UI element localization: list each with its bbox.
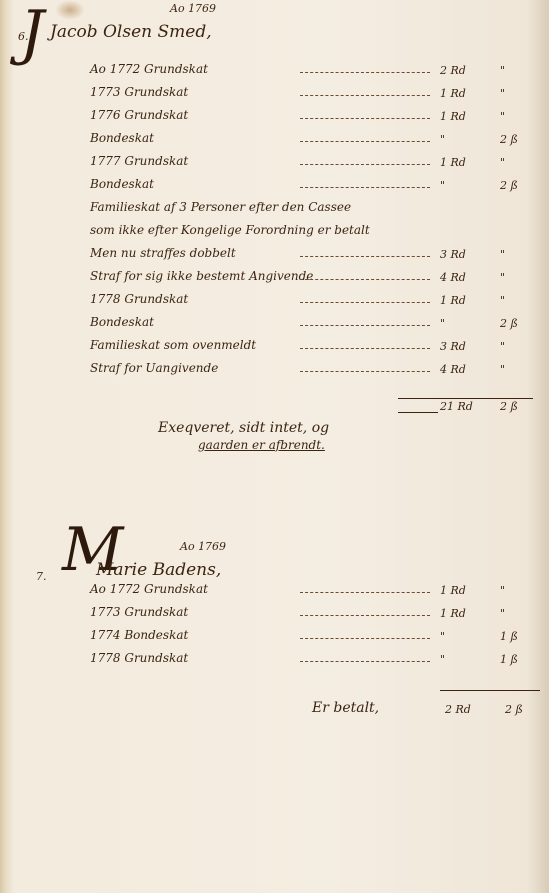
amount-rigsdaler: 2 Rd — [440, 64, 466, 77]
amount-rigsdaler: 1 Rd — [440, 110, 466, 123]
amount-skilling: " — [500, 584, 505, 597]
amount-skilling: " — [500, 607, 505, 620]
amount-rigsdaler: " — [440, 630, 445, 643]
amount-rigsdaler: 4 Rd — [440, 271, 466, 284]
leader-dashes — [300, 95, 430, 96]
amount-rigsdaler: " — [440, 317, 445, 330]
ledger-line-label: Ao 1772 Grundskat — [90, 62, 208, 76]
amount-skilling: " — [500, 340, 505, 353]
amount-skilling: " — [500, 271, 505, 284]
amount-skilling: " — [500, 110, 505, 123]
margin-mark: 7. — [36, 570, 47, 583]
entry-superscript: Ao 1769 — [180, 540, 226, 553]
amount-skilling: 2 ß — [500, 317, 518, 330]
ledger-line-label: 1777 Grundskat — [90, 154, 188, 168]
amount-rigsdaler: " — [440, 653, 445, 666]
amount-skilling: " — [500, 87, 505, 100]
amount-rigsdaler: 3 Rd — [440, 248, 466, 261]
amount-skilling: 1 ß — [500, 630, 518, 643]
initial-capital: J — [20, 0, 44, 68]
ledger-line-label: som ikke efter Kongelige Forordning er b… — [90, 223, 370, 237]
leader-dashes — [300, 302, 430, 303]
amount-skilling: 1 ß — [500, 653, 518, 666]
total-sk: 2 ß — [505, 703, 523, 716]
ledger-line-label: Familieskat af 3 Personer efter den Cass… — [90, 200, 351, 214]
total-label: Er betalt, — [312, 700, 379, 716]
ledger-line-label: 1773 Grundskat — [90, 605, 188, 619]
leader-dashes — [300, 118, 430, 119]
leader-dashes — [300, 141, 430, 142]
ledger-line-label: 1773 Grundskat — [90, 85, 188, 99]
amount-rigsdaler: 1 Rd — [440, 294, 466, 307]
ledger-line-label: 1774 Bondeskat — [90, 628, 188, 642]
entry-name: Jacob Olsen Smed, — [50, 22, 212, 42]
ledger-line-label: Straf for Uangivende — [90, 361, 218, 375]
ledger-line-label: Ao 1772 Grundskat — [90, 582, 208, 596]
amount-skilling: " — [500, 156, 505, 169]
sum-rule — [440, 690, 540, 691]
sum-rule — [398, 398, 533, 399]
amount-skilling: " — [500, 294, 505, 307]
leader-dashes — [300, 72, 430, 73]
total-rd: 2 Rd — [445, 703, 471, 716]
ledger-line-label: 1778 Grundskat — [90, 292, 188, 306]
amount-rigsdaler: 4 Rd — [440, 363, 466, 376]
amount-rigsdaler: 1 Rd — [440, 584, 466, 597]
leader-dashes — [300, 325, 430, 326]
ledger-line-label: Bondeskat — [90, 131, 154, 145]
ledger-line-label: Men nu straffes dobbelt — [90, 246, 236, 260]
leader-dashes — [300, 256, 430, 257]
amount-rigsdaler: " — [440, 179, 445, 192]
ledger-line-label: 1778 Grundskat — [90, 651, 188, 665]
leader-dashes — [300, 592, 430, 593]
entry-name: Marie Badens, — [96, 560, 221, 580]
ledger-line-label: 1776 Grundskat — [90, 108, 188, 122]
amount-skilling: " — [500, 248, 505, 261]
leader-dashes — [300, 661, 430, 662]
leader-dashes — [300, 279, 430, 280]
total-rd: 21 Rd — [440, 400, 473, 413]
leader-dashes — [300, 348, 430, 349]
entry-superscript: Ao 1769 — [170, 2, 216, 15]
amount-skilling: " — [500, 64, 505, 77]
amount-rigsdaler: 1 Rd — [440, 87, 466, 100]
amount-skilling: " — [500, 363, 505, 376]
amount-rigsdaler: " — [440, 133, 445, 146]
leader-dashes — [300, 638, 430, 639]
ink-stain — [55, 0, 85, 20]
leader-dashes — [300, 187, 430, 188]
ledger-line-label: Bondeskat — [90, 177, 154, 191]
sum-double-rule — [398, 412, 438, 413]
amount-rigsdaler: 1 Rd — [440, 607, 466, 620]
ledger-page: 6. J Jacob Olsen Smed, Ao 1769 Ao 1772 G… — [0, 0, 549, 893]
ledger-line-label: Familieskat som ovenmeldt — [90, 338, 256, 352]
leader-dashes — [300, 615, 430, 616]
note-line-1: Exeqveret, sidt intet, og — [158, 420, 329, 436]
amount-skilling: 2 ß — [500, 179, 518, 192]
amount-rigsdaler: 1 Rd — [440, 156, 466, 169]
leader-dashes — [300, 164, 430, 165]
amount-rigsdaler: 3 Rd — [440, 340, 466, 353]
note-line-2: gaarden er afbrendt. — [198, 438, 325, 452]
total-sk: 2 ß — [500, 400, 518, 413]
ledger-line-label: Bondeskat — [90, 315, 154, 329]
amount-skilling: 2 ß — [500, 133, 518, 146]
ledger-line-label: Straf for sig ikke bestemt Angivende — [90, 269, 313, 283]
leader-dashes — [300, 371, 430, 372]
